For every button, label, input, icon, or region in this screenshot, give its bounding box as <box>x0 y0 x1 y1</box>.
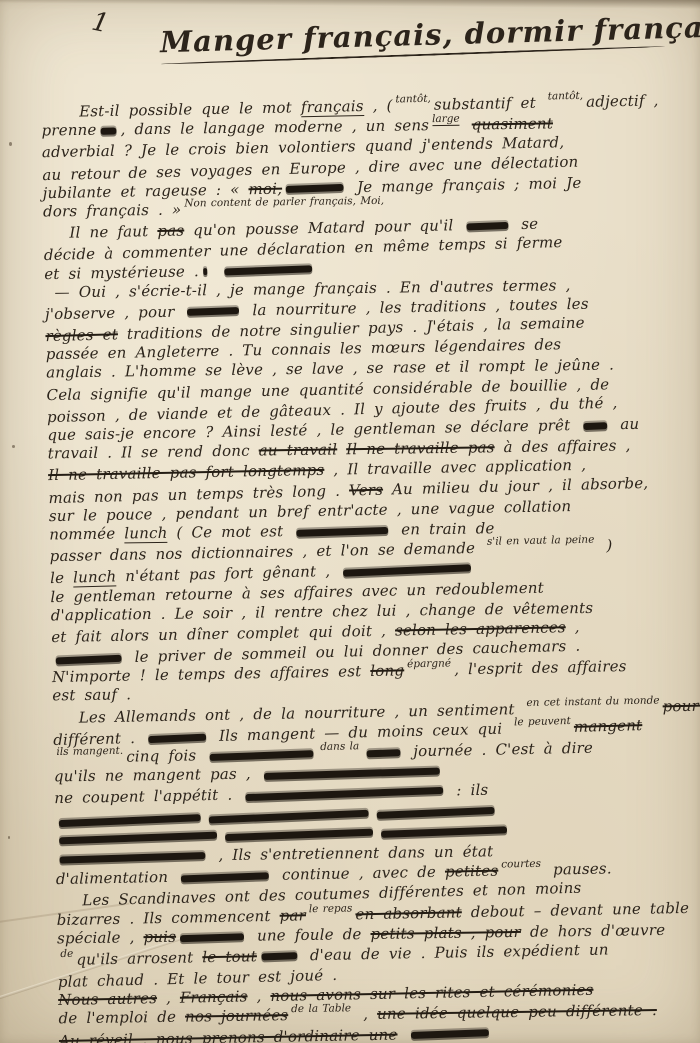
ink-speck <box>9 142 12 146</box>
handwritten-text: de l'emploi de <box>58 1008 185 1028</box>
crossed-out-scribble <box>224 265 312 275</box>
handwritten-text: cinq fois <box>126 746 205 766</box>
struck-text: petites <box>445 862 499 881</box>
struck-text: règles et <box>45 325 118 345</box>
crossed-out-scribble <box>466 222 508 231</box>
handwritten-text: à des affaires , <box>495 437 631 457</box>
struck-text: pour l'instant <box>662 695 700 715</box>
crossed-out-scribble <box>180 932 244 941</box>
handwritten-text: d'alimentation <box>56 868 178 888</box>
crossed-out-scribble <box>245 787 443 801</box>
handwritten-text: en train de <box>392 519 495 538</box>
handwritten-text: debout – devant une table <box>462 898 690 920</box>
handwritten-text: , <box>354 1005 377 1023</box>
handwritten-text: , <box>157 989 180 1007</box>
handwritten-text: qu'ils ne mangent pas , <box>54 765 260 786</box>
interlinear-insertion: dans la <box>320 740 359 753</box>
handwritten-text: adjectif , <box>586 91 659 110</box>
handwritten-text: ) <box>597 536 612 554</box>
handwritten-text: Il ne faut <box>69 222 157 242</box>
crossed-out-scribble <box>381 827 507 839</box>
handwritten-text: lunch <box>73 568 117 588</box>
handwritten-text: spéciale , <box>57 928 144 947</box>
interlinear-insertion: de <box>60 948 73 960</box>
crossed-out-scribble <box>377 806 495 818</box>
handwritten-text: , l'esprit des affaires <box>454 657 627 678</box>
crossed-out-scribble <box>59 851 205 863</box>
handwritten-text: nommée <box>49 524 124 543</box>
interlinear-insertion: de la Table <box>291 1003 351 1016</box>
crossed-out-scribble <box>225 829 373 841</box>
interlinear-insertion: le repas <box>309 902 353 915</box>
struck-text: le tout <box>202 947 257 966</box>
crossed-out-scribble <box>59 832 217 845</box>
manuscript-title-text: Manger français, dormir français. <box>160 9 700 59</box>
crossed-out-scribble <box>209 750 313 761</box>
crossed-out-scribble <box>583 422 607 430</box>
handwritten-text: substantif et <box>434 94 545 114</box>
handwritten-text <box>211 261 220 279</box>
ink-speck <box>12 445 15 448</box>
crossed-out-scribble <box>56 654 122 664</box>
struck-text: Français <box>180 988 248 1007</box>
struck-text: moi, <box>248 179 282 198</box>
struck-text: puis <box>143 927 176 945</box>
handwritten-text: , ( <box>363 96 392 115</box>
crossed-out-scribble <box>261 953 297 961</box>
interlinear-insertion: courtes <box>501 858 541 871</box>
handwritten-text: se <box>512 215 538 233</box>
struck-text: petits plats , pour <box>370 923 521 943</box>
interlinear-insertion: Non content de parler français, Moi, <box>184 195 384 210</box>
interlinear-insertion: large <box>432 113 460 126</box>
struck-text: pas <box>157 222 184 241</box>
struck-text: une idée quelque peu différente . <box>377 1001 657 1023</box>
handwritten-text: est sauf . <box>52 686 131 705</box>
handwritten-text: et si mystérieuse . <box>44 262 199 283</box>
handwritten-text <box>397 1025 406 1043</box>
interlinear-insertion: s'il en vaut la peine <box>487 534 595 548</box>
handwritten-text: le <box>50 569 73 588</box>
manuscript-title: Manger français, dormir français. <box>160 11 681 64</box>
crossed-out-scribble <box>187 307 239 316</box>
struck-text: au travail <box>259 441 338 460</box>
interlinear-insertion: en cet instant du monde <box>526 694 659 709</box>
struck-text: nos journées <box>185 1007 288 1026</box>
handwritten-text: pauses. <box>544 860 612 879</box>
crossed-out-scribble <box>264 767 440 780</box>
crossed-out-scribble <box>59 813 201 826</box>
handwritten-text: Je mange français ; moi Je <box>348 174 582 196</box>
handwritten-text: lunch <box>124 524 167 544</box>
struck-text: Il ne travaille pas fort longtemps <box>48 461 325 484</box>
manuscript-body: Est-il possible que le mot français , (t… <box>41 90 697 1043</box>
struck-text: Il ne travaille pas <box>346 438 495 458</box>
interlinear-insertion: tantôt, <box>548 90 584 103</box>
crossed-out-scribble <box>181 872 269 882</box>
interlinear-insertion: épargné <box>407 658 451 671</box>
handwritten-text: : ils <box>447 781 488 800</box>
crossed-out-scribble <box>286 184 344 193</box>
struck-text: mangent <box>574 716 643 736</box>
handwritten-text: j'observe , pour <box>45 302 184 323</box>
crossed-out-scribble <box>366 749 400 757</box>
handwritten-text: journée . C'est à dire <box>404 739 593 761</box>
handwritten-text: prenne <box>41 121 96 140</box>
handwritten-text: , dans le langage moderne , un sens <box>120 116 429 138</box>
handwritten-text: , <box>566 618 580 636</box>
crossed-out-scribble <box>410 1029 488 1039</box>
crossed-out-scribble <box>296 526 388 536</box>
interlinear-insertion: ils mangent. <box>56 745 123 758</box>
handwritten-text: , Ils s'entretiennent dans un état <box>209 842 493 864</box>
interlinear-insertion: le peuvent <box>514 715 571 728</box>
handwritten-text <box>337 440 346 458</box>
ink-speck <box>8 836 10 839</box>
crossed-out-scribble <box>343 564 471 576</box>
struck-text: long <box>370 662 404 681</box>
handwritten-text: dors français . » <box>43 201 182 221</box>
struck-text: par <box>279 906 306 925</box>
manuscript-page: 1 Manger français, dormir français. Est-… <box>0 0 700 1043</box>
handwritten-text: , <box>247 987 270 1005</box>
handwritten-text: travail . Il se rend donc <box>48 442 259 463</box>
interlinear-insertion: tantôt, <box>395 93 431 106</box>
handwritten-text: français <box>301 97 364 117</box>
handwritten-text: ne coupent l'appétit . <box>54 786 241 808</box>
struck-text: en absorbant <box>355 903 462 923</box>
handwritten-text: au <box>611 415 639 434</box>
handwritten-text: une foule de <box>248 925 371 945</box>
crossed-out-scribble <box>100 127 116 134</box>
handwritten-text: ( Ce mot est <box>167 522 292 542</box>
crossed-out-scribble <box>148 733 206 742</box>
struck-text: quasiment <box>472 115 554 134</box>
struck-text: Vers <box>349 480 383 499</box>
handwritten-text: de hors d'œuvre <box>521 921 666 941</box>
page-number: 1 <box>89 7 111 40</box>
crossed-out-scribble <box>203 268 207 275</box>
crossed-out-scribble <box>209 809 369 823</box>
handwritten-text: qu'ils arrosent <box>76 948 202 968</box>
